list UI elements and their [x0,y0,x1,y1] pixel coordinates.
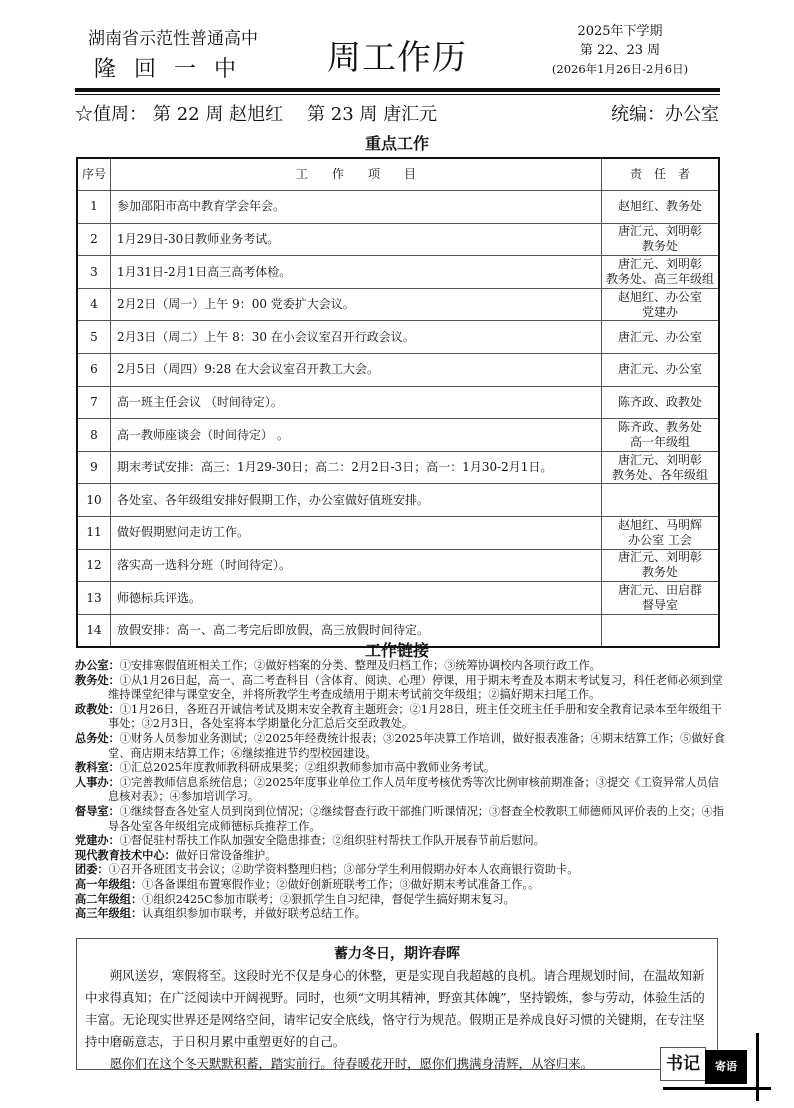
message-paragraph: 愿你们在这个冬天默默积蓄，踏实前行。待春暖花开时，愿你们携满身清辉，从容归来。 [85,1053,711,1075]
link-text: ①完善教师信息系统信息；②2025年度事业单位工作人员年度考核优秀等次比例审核前… [108,776,719,804]
link-item: 高二年级组：①组织2425C参加市联考；②狠抓学生自习纪律，督促学生搞好期末复习… [75,893,725,908]
row-no: 8 [77,419,111,452]
link-item: 办公室：①安排寒假值班相关工作；②做好档案的分类、整理及归档工作；③统筹协调校内… [75,659,725,674]
row-no: 13 [77,582,111,615]
link-dept: 团委： [75,863,109,876]
link-item: 党建办：①督促驻村帮扶工作队加强安全隐患排查；②组织驻村帮扶工作队开展春节前后慰… [75,834,725,849]
duty-prefix: ☆值周： [75,104,147,125]
row-no: 1 [77,191,111,224]
row-item: 高一教师座谈会（时间待定） 。 [111,419,602,452]
message-box: 蓄力冬日，期许春晖 朔风送岁，寒假将至。这段时光不仅是身心的休整，更是实现自我超… [76,938,718,1070]
weeks-label: 第 22、23 周 [520,41,720,60]
message-tag: 寄语 [705,1050,747,1084]
row-item: 2月5日（周四）9:28 在大会议室召开教工大会。 [111,354,602,387]
link-dept: 高一年级组： [75,878,142,891]
link-text: ①组织2425C参加市联考；②狠抓学生自习纪律，督促学生搞好期末复习。 [142,893,515,906]
table-row: 11做好假期慰问走访工作。赵旭红、马明辉 办公室 工会 [77,517,719,550]
row-owner [602,484,720,517]
row-owner: 唐汇元、刘明彰 教务处 [602,223,720,256]
link-dept: 高二年级组： [75,893,142,906]
message-paragraph: 朔风送岁，寒假将至。这段时光不仅是身心的休整，更是实现自我超越的良机。请合理规划… [85,965,711,1053]
duty-week22: 第 22 周 赵旭红 [153,104,283,125]
link-dept: 办公室： [75,659,120,672]
header-divider-thick [75,88,720,92]
row-owner: 唐汇元、田启群 督导室 [602,582,720,615]
decor-vertical-line [756,1033,759,1101]
date-range: (2026年1月26日-2月6日) [520,60,720,79]
term-label: 2025年下学期 [520,22,720,41]
row-owner: 赵旭红、马明辉 办公室 工会 [602,517,720,550]
link-dept: 政教处： [75,703,120,716]
message-body: 朔风送岁，寒假将至。这段时光不仅是身心的休整，更是实现自我超越的良机。请合理规划… [85,965,711,1075]
secretary-tag: 书记 [660,1047,706,1081]
row-item: 1月31日-2月1日高三高考体检。 [111,256,602,289]
work-links-list: 办公室：①安排寒假值班相关工作；②做好档案的分类、整理及归档工作；③统筹协调校内… [75,659,725,922]
link-item: 教务处：①从1月26日起，高一、高二考查科目（含体育、阅读、心理）停课，用于期末… [75,674,725,703]
row-no: 6 [77,354,111,387]
row-no: 7 [77,386,111,419]
row-no: 12 [77,549,111,582]
table-row: 52月3日（周二）上午 8：30 在小会议室召开行政会议。唐汇元、办公室 [77,321,719,354]
duty-line: ☆值周：第 22 周 赵旭红 第 23 周 唐汇元 [75,100,443,126]
row-owner: 唐汇元、刘明彰 教务处、高三年级组 [602,256,720,289]
link-text: ①督促驻村帮扶工作队加强安全隐患排查；②组织驻村帮扶工作队开展春节前后慰问。 [120,834,545,847]
row-no: 2 [77,223,111,256]
link-text: ①1月26日，各班召开诚信考试及期末安全教育主题班会；②1月28日，班主任交班主… [108,703,722,731]
link-item: 团委：①召开各班团支书会议；②助学资料整理归档；③部分学生利用假期办好本人农商银… [75,863,725,878]
link-text: ①财务人员参加业务测试；②2025年经费统计报表；③2025年决算工作培训，做好… [108,732,725,760]
row-no: 4 [77,288,111,321]
row-owner: 唐汇元、办公室 [602,321,720,354]
key-work-table: 序号 工 作 项 目 责 任 者 1参加邵阳市高中教育学会年会。赵旭红、教务处2… [76,157,720,648]
col-header-item: 工 作 项 目 [111,158,602,191]
link-dept: 督导室： [75,805,120,818]
link-dept: 党建办： [75,834,120,847]
row-item: 参加邵阳市高中教育学会年会。 [111,191,602,224]
table-header-row: 序号 工 作 项 目 责 任 者 [77,158,719,191]
row-owner: 陈齐政、教务处 高一年级组 [602,419,720,452]
table-row: 13师德标兵评选。唐汇元、田启群 督导室 [77,582,719,615]
link-text: 认真组织参加市联考，并做好联考总结工作。 [142,907,366,920]
row-no: 10 [77,484,111,517]
links-title: 工作链接 [0,638,794,661]
table-row: 62月5日（周四）9:28 在大会议室召开教工大会。唐汇元、办公室 [77,354,719,387]
link-text: ①各备课组布置寒假作业；②做好创新班联考工作；③做好期末考试准备工作。。 [142,878,539,891]
decor-horizontal-line [663,1087,771,1090]
col-header-no: 序号 [77,158,111,191]
link-dept: 教务处： [75,674,120,687]
table-row: 8高一教师座谈会（时间待定） 。陈齐政、教务处 高一年级组 [77,419,719,452]
row-owner: 赵旭红、办公室 党建办 [602,288,720,321]
message-title: 蓄力冬日，期许春晖 [77,943,717,963]
row-no: 5 [77,321,111,354]
link-item: 教科室：①汇总2025年度教师教科研成果奖；②组织教师参加市高中教师业务考试。 [75,761,725,776]
row-item: 各处室、各年级组安排好假期工作，办公室做好值班安排。 [111,484,602,517]
row-item: 落实高一选科分班（时间待定）。 [111,549,602,582]
table-row: 42月2日（周一）上午 9：00 党委扩大会议。赵旭红、办公室 党建办 [77,288,719,321]
link-text: 做好日常设备维护。 [176,849,277,862]
row-item: 做好假期慰问走访工作。 [111,517,602,550]
row-item: 高一班主任会议 （时间待定）。 [111,386,602,419]
link-dept: 教科室： [75,761,120,774]
link-dept: 高三年级组： [75,907,142,920]
table-row: 31月31日-2月1日高三高考体检。唐汇元、刘明彰 教务处、高三年级组 [77,256,719,289]
row-item: 1月29日-30日教师业务考试。 [111,223,602,256]
link-text: ①汇总2025年度教师教科研成果奖；②组织教师参加市高中教师业务考试。 [120,761,495,774]
row-no: 11 [77,517,111,550]
row-owner: 唐汇元、刘明彰 教务处 [602,549,720,582]
link-dept: 现代教育技术中心： [75,849,176,862]
row-item: 期末考试安排：高三：1月29-30日；高二：2月2日-3日；高一：1月30-2月… [111,451,602,484]
link-item: 现代教育技术中心：做好日常设备维护。 [75,849,725,864]
table-row: 7高一班主任会议 （时间待定）。陈齐政、政教处 [77,386,719,419]
row-no: 9 [77,451,111,484]
link-text: ①召开各班团支书会议；②助学资料整理归档；③部分学生利用假期办好本人农商银行资助… [109,863,579,876]
row-no: 3 [77,256,111,289]
row-item: 2月2日（周一）上午 9：00 党委扩大会议。 [111,288,602,321]
link-text: ①继续督查各处室人员到岗到位情况；②继续督查行政干部推门听课情况；③督查全校教职… [108,805,724,833]
row-item: 师德标兵评选。 [111,582,602,615]
term-info: 2025年下学期 第 22、23 周 (2026年1月26日-2月6日) [520,22,720,79]
table-row: 1参加邵阳市高中教育学会年会。赵旭红、教务处 [77,191,719,224]
col-header-owner: 责 任 者 [602,158,720,191]
table-row: 9期末考试安排：高三：1月29-30日；高二：2月2日-3日；高一：1月30-2… [77,451,719,484]
row-owner: 陈齐政、政教处 [602,386,720,419]
link-text: ①安排寒假值班相关工作；②做好档案的分类、整理及归档工作；③统筹协调校内各项行政… [120,659,601,672]
link-item: 高三年级组：认真组织参加市联考，并做好联考总结工作。 [75,907,725,922]
link-dept: 人事办： [75,776,120,789]
link-item: 人事办：①完善教师信息系统信息；②2025年度事业单位工作人员年度考核优秀等次比… [75,776,725,805]
table-row: 12落实高一选科分班（时间待定）。唐汇元、刘明彰 教务处 [77,549,719,582]
link-item: 高一年级组：①各备课组布置寒假作业；②做好创新班联考工作；③做好期末考试准备工作… [75,878,725,893]
duty-week23: 第 23 周 唐汇元 [307,104,437,125]
link-item: 政教处：①1月26日，各班召开诚信考试及期末安全教育主题班会；②1月28日，班主… [75,703,725,732]
row-owner: 唐汇元、办公室 [602,354,720,387]
editor-label: 统编：办公室 [611,100,719,126]
row-item: 2月3日（周二）上午 8：30 在小会议室召开行政会议。 [111,321,602,354]
link-text: ①从1月26日起，高一、高二考查科目（含体育、阅读、心理）停课，用于期末考查及本… [108,674,723,702]
header-divider-thin [75,94,720,95]
row-owner: 唐汇元、刘明彰 教务处、各年级组 [602,451,720,484]
table-row: 21月29日-30日教师业务考试。唐汇元、刘明彰 教务处 [77,223,719,256]
row-owner: 赵旭红、教务处 [602,191,720,224]
link-item: 督导室：①继续督查各处室人员到岗到位情况；②继续督查行政干部推门听课情况；③督查… [75,805,725,834]
link-item: 总务处：①财务人员参加业务测试；②2025年经费统计报表；③2025年决算工作培… [75,732,725,761]
key-work-title: 重点工作 [0,131,794,154]
link-dept: 总务处： [75,732,120,745]
table-row: 10各处室、各年级组安排好假期工作，办公室做好值班安排。 [77,484,719,517]
